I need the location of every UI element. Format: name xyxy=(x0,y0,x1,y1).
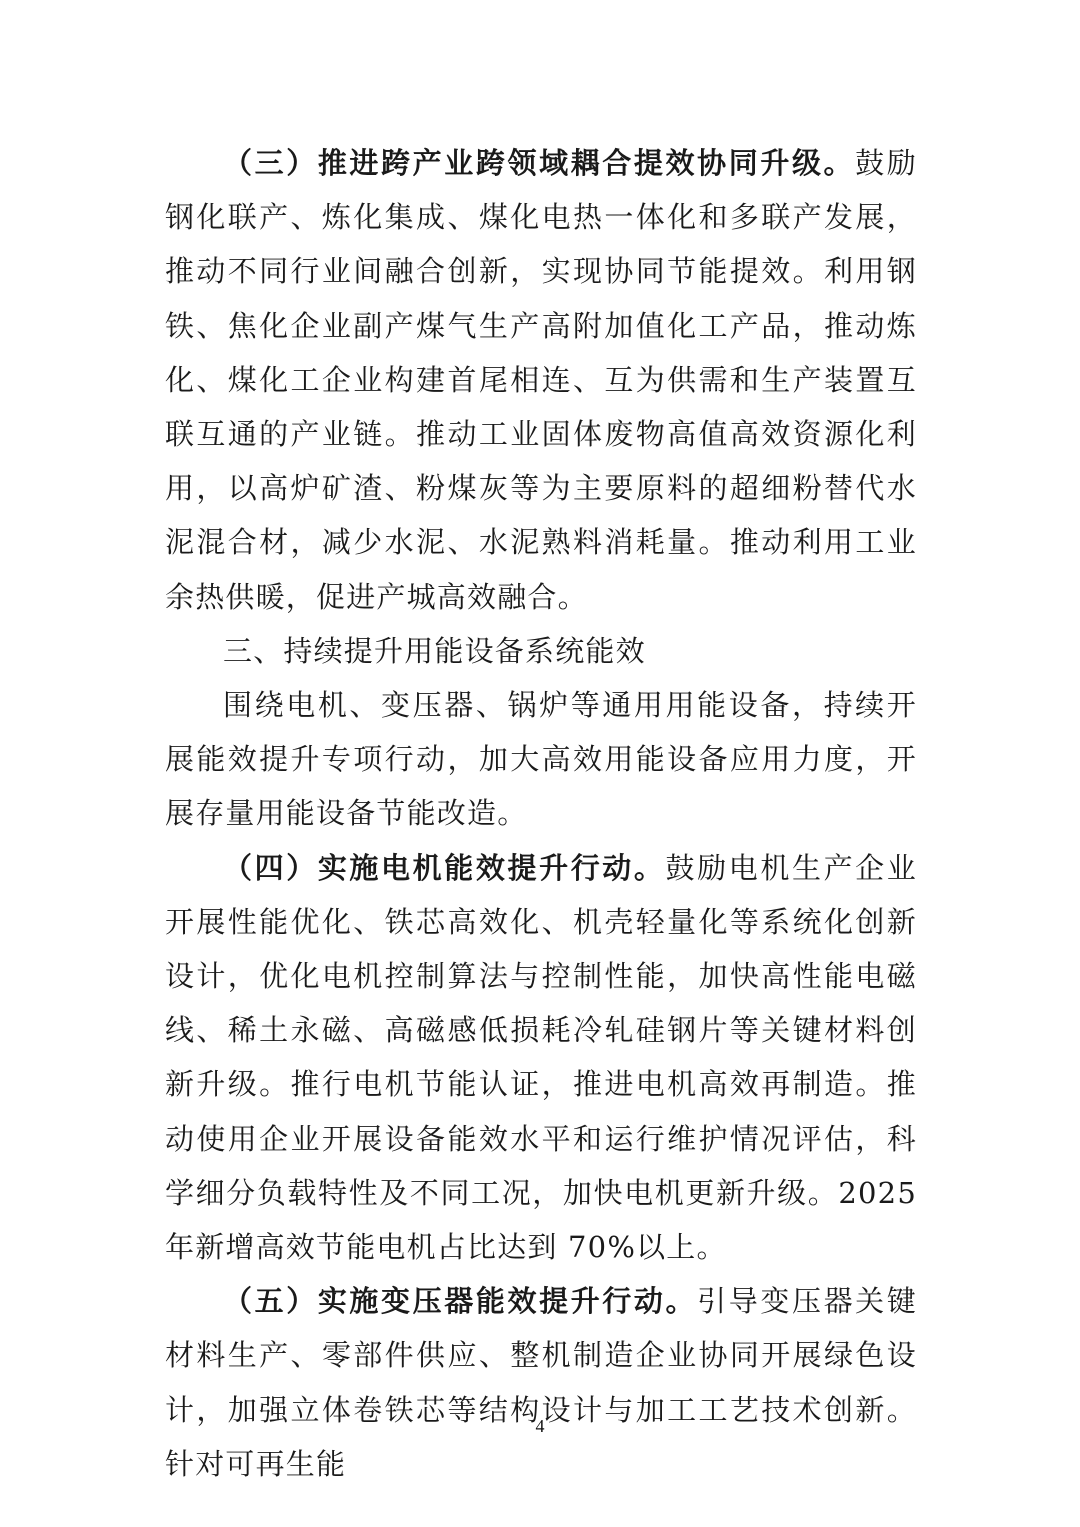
page-number: 4 xyxy=(0,1416,1080,1437)
paragraph-lead-bold: （四）实施电机能效提升行动。 xyxy=(223,851,666,885)
paragraph-text: 鼓励钢化联产、炼化集成、煤化电热一体化和多联产发展，推动不同行业间融合创新，实现… xyxy=(165,146,917,614)
paragraph-section-5-transformer: （五）实施变压器能效提升行动。引导变压器关键材料生产、零部件供应、整机制造企业协… xyxy=(165,1274,917,1491)
section-heading-equipment-efficiency: 三、持续提升用能设备系统能效 xyxy=(165,624,917,678)
paragraph-equipment-intro: 围绕电机、变压器、锅炉等通用用能设备，持续开展能效提升专项行动，加大高效用能设备… xyxy=(165,678,917,841)
paragraph-section-3-coupling: （三）推进跨产业跨领域耦合提效协同升级。鼓励钢化联产、炼化集成、煤化电热一体化和… xyxy=(165,136,917,624)
paragraph-lead-bold: （三）推进跨产业跨领域耦合提效协同升级。 xyxy=(223,146,855,180)
paragraph-lead-bold: （五）实施变压器能效提升行动。 xyxy=(223,1284,697,1318)
paragraph-section-4-motor: （四）实施电机能效提升行动。鼓励电机生产企业开展性能优化、铁芯高效化、机壳轻量化… xyxy=(165,841,917,1275)
paragraph-text: 鼓励电机生产企业开展性能优化、铁芯高效化、机壳轻量化等系统化创新设计，优化电机控… xyxy=(165,851,917,1264)
document-body: （三）推进跨产业跨领域耦合提效协同升级。鼓励钢化联产、炼化集成、煤化电热一体化和… xyxy=(165,136,917,1491)
paragraph-text: 围绕电机、变压器、锅炉等通用用能设备，持续开展能效提升专项行动，加大高效用能设备… xyxy=(165,688,917,830)
